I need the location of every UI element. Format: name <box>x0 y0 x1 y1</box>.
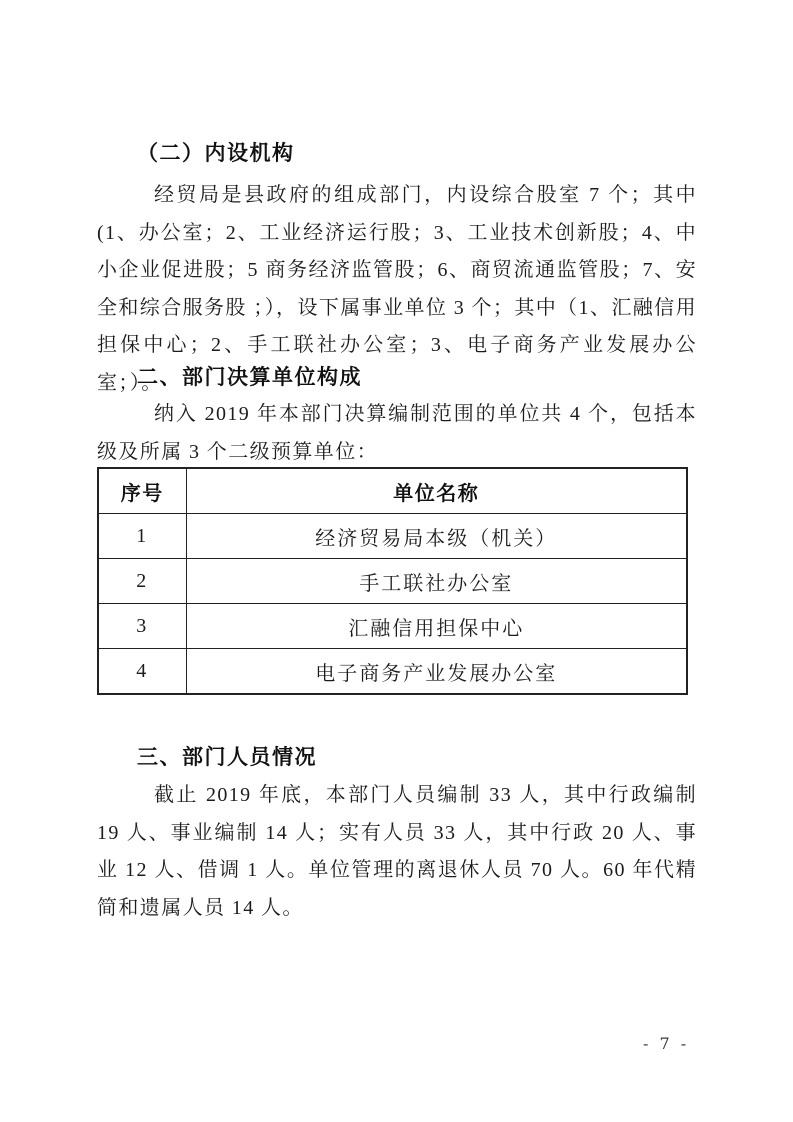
budget-units-table: 序号 单位名称 1 经济贸易局本级（机关） 2 手工联社办公室 3 汇融信用担保… <box>97 467 688 695</box>
section-heading-internal-organization: （二）内设机构 <box>137 141 295 167</box>
column-header-unit-name: 单位名称 <box>186 468 687 514</box>
unit-name: 经济贸易局本级（机关） <box>186 514 687 559</box>
unit-index: 3 <box>98 604 186 649</box>
paragraph-personnel: 截止 2019 年底，本部门人员编制 33 人，其中行政编制 19 人、事业编制… <box>97 777 697 927</box>
section-heading-personnel: 三、部门人员情况 <box>137 745 317 771</box>
unit-index: 4 <box>98 649 186 695</box>
unit-name: 电子商务产业发展办公室 <box>186 649 687 695</box>
page-number: - 7 - <box>643 1034 689 1053</box>
unit-name: 汇融信用担保中心 <box>186 604 687 649</box>
table-row: 1 经济贸易局本级（机关） <box>98 514 687 559</box>
section-heading-unit-composition: 二、部门决算单位构成 <box>137 365 362 391</box>
table-header-row: 序号 单位名称 <box>98 468 687 514</box>
unit-index: 1 <box>98 514 186 559</box>
unit-index: 2 <box>98 559 186 604</box>
document-page: （二）内设机构 经贸局是县政府的组成部门，内设综合股室 7 个；其中(1、办公室… <box>0 0 793 1122</box>
table-row: 2 手工联社办公室 <box>98 559 687 604</box>
table-row: 3 汇融信用担保中心 <box>98 604 687 649</box>
paragraph-unit-composition: 纳入 2019 年本部门决算编制范围的单位共 4 个，包括本级及所属 3 个二级… <box>97 396 697 471</box>
table-row: 4 电子商务产业发展办公室 <box>98 649 687 695</box>
unit-name: 手工联社办公室 <box>186 559 687 604</box>
column-header-index: 序号 <box>98 468 186 514</box>
